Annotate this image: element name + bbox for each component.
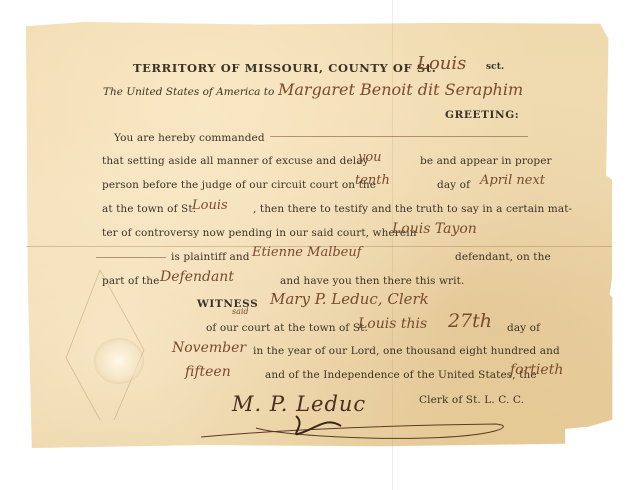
recipient-handwritten: Margaret Benoit dit Seraphim [278,80,523,99]
body-line-2a: that setting aside all manner of excuse … [102,155,369,167]
witness-day-hand: 27th [448,310,492,332]
witness-town-hand: Louis this [358,316,427,332]
clerk-title: Clerk of St. L. C. C. [419,394,524,406]
body-line-5-hand: Louis Tayon [392,221,477,237]
body-line-2b: be and appear in proper [420,155,552,167]
body-line-2-hand: you [358,150,382,165]
witness-line-b: day of [507,322,540,334]
witness-month-hand: November [172,340,246,356]
body-line-1: You are hereby commanded [114,132,265,144]
signature-flourish-icon [196,404,516,444]
witness-label: WITNESS [197,298,258,310]
body-line-4b: , then there to testify and the truth to… [253,203,572,215]
blank-line [270,136,528,137]
witness-year-hand: fifteen [185,364,231,380]
body-line-7a: part of the [102,275,159,287]
body-line-7-hand: Defendant [160,269,234,285]
witness-name-hand: Mary P. Leduc, Clerk [270,290,429,308]
heading-county-handwritten: Louis [417,53,466,74]
witness-independence-hand: fortieth [510,362,563,378]
body-line-5a: ter of controversy now pending in our sa… [102,227,417,239]
witness-line-a: of our court at the town of St. [206,322,368,334]
witness-year-line: in the year of our Lord, one thousand ei… [253,345,560,357]
witness-said-hand: said [232,307,249,316]
body-line-3a: person before the judge of our circuit c… [102,179,376,191]
heading-suffix: sct. [486,62,504,72]
body-line-6-hand: Etienne Malbeuf [252,245,362,260]
witness-independence-line: and of the Independence of the United St… [265,369,537,381]
body-line-3-hand-day: tenth [355,173,390,188]
body-line-6b: defendant, on the [455,251,551,263]
body-line-6a: is plaintiff and [171,251,250,263]
body-line-3-hand-month: April next [480,173,545,188]
body-line-4-hand: Louis [192,198,228,213]
blank-line [96,257,166,258]
body-line-7b: and have you then there this writ. [280,275,464,287]
address-prefix: The United States of America to [103,86,274,98]
heading-territory: TERRITORY OF MISSOURI, COUNTY OF St. [133,61,436,75]
greeting: GREETING: [445,109,519,121]
wax-seal-impression [94,338,144,384]
body-line-4a: at the town of St. [102,203,196,215]
body-line-3b: day of [437,179,470,191]
